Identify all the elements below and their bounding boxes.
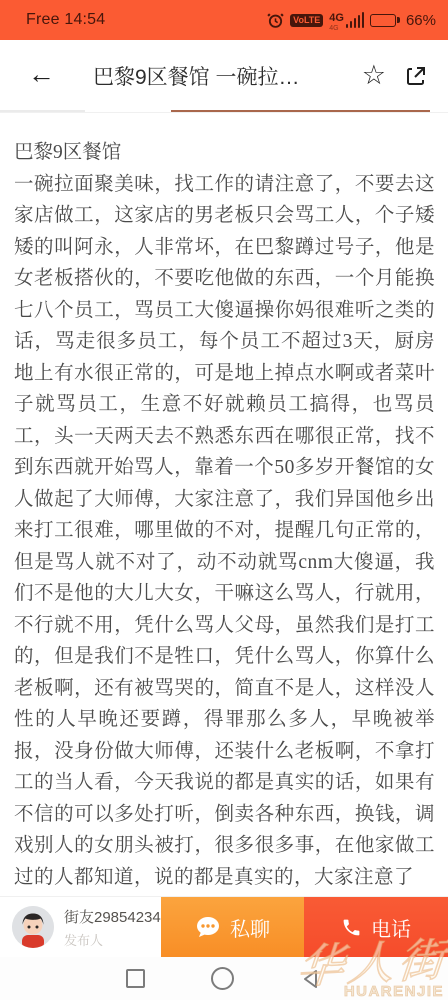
battery-percent-label: 66% [406,12,436,29]
android-nav-bar [0,957,448,1000]
progress-bar [171,110,430,112]
carrier-time-label: Free 14:54 [26,11,105,29]
recents-square-icon[interactable] [126,969,145,988]
signal-4g-icon: 4G 4G [329,12,364,28]
post-title: 巴黎9区餐馆 [14,137,435,169]
share-icon[interactable] [394,64,448,88]
volte-icon: VoLTE [290,14,323,27]
poster-info[interactable]: 街友29854234 发布人 [0,897,161,957]
status-bar: Free 14:54 VoLTE 4G 4G 66% [0,0,448,40]
alarm-clock-icon [267,12,284,29]
phone-call-button[interactable]: 电话 [304,897,448,957]
phone-icon [341,917,362,938]
battery-icon [370,14,400,27]
phone-screen: Free 14:54 VoLTE 4G 4G 66% ← 巴黎9区餐馆 一碗拉…… [0,0,448,1000]
progress-bar-track [0,110,85,112]
action-bar: 街友29854234 发布人 私聊 电话 [0,897,448,957]
title-bar: ← 巴黎9区餐馆 一碗拉… ☆ [0,40,448,113]
back-triangle-icon[interactable] [300,968,322,990]
page-title: 巴黎9区餐馆 一碗拉… [71,61,354,91]
favorite-star-icon[interactable]: ☆ [354,62,394,91]
avatar[interactable] [12,906,54,948]
chat-bubble-icon [195,915,221,939]
post-body-text: 一碗拉面聚美味，找工作的请注意了，不要去这家店做工，这家店的男老板只会骂工人，个… [14,169,435,894]
back-arrow-icon[interactable]: ← [0,61,71,92]
home-circle-icon[interactable] [211,967,234,990]
private-chat-button[interactable]: 私聊 [161,897,304,957]
phone-call-label: 电话 [371,913,411,942]
private-chat-label: 私聊 [230,913,270,942]
post-content[interactable]: 巴黎9区餐馆 一碗拉面聚美味，找工作的请注意了，不要去这家店做工，这家店的男老板… [0,113,448,1000]
poster-username: 街友29854234 [64,906,161,927]
poster-role-label: 发布人 [64,930,161,949]
